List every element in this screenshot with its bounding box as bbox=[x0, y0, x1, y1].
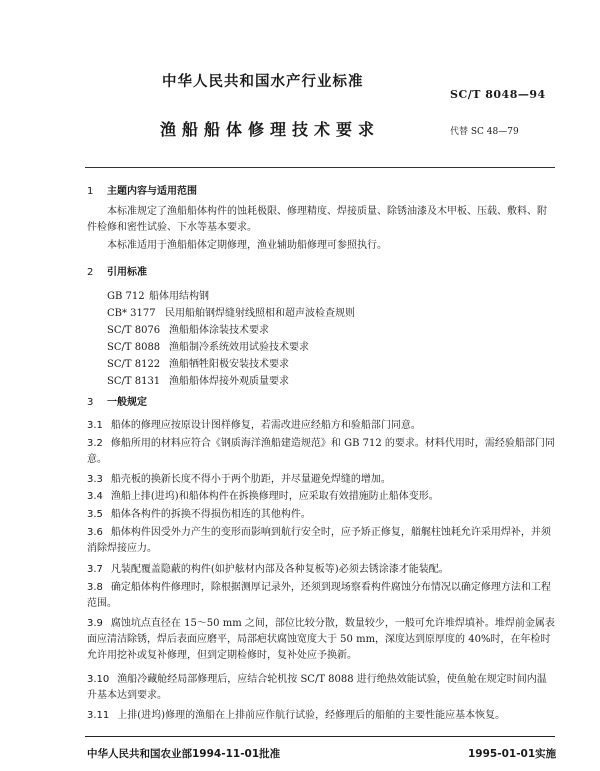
section-number: 2 bbox=[87, 267, 107, 278]
issuing-organization: 中华人民共和国水产行业标准 bbox=[162, 70, 364, 91]
reference-item: SC/T 8076渔船船体涂装技术要求 bbox=[107, 321, 269, 336]
approval-date: 中华人民共和国农业部1994-11-01批准 bbox=[87, 746, 280, 761]
section-1-paragraph-2: 本标准适用于渔船船体定期修理，渔业辅助船修理可参照执行。 bbox=[87, 238, 555, 254]
reference-item: SC/T 8088渔船制冷系统效用试验技术要求 bbox=[107, 338, 309, 353]
clause-3-11: 3.11上排(进坞)修理的渔船在上排前应作航行试验，经修理后的船舶的主要性能应基… bbox=[87, 708, 555, 724]
clause-3-6: 3.6船体构件因受外力产生的变形而影响到航行安全时，应予矫正修复，艏艉柱蚀耗允许… bbox=[87, 525, 555, 557]
section-3-heading: 3一般规定 bbox=[87, 393, 147, 408]
effective-date: 1995-01-01实施 bbox=[468, 746, 556, 761]
clause-3-8: 3.8确定船体构件修理时，除根据测厚记录外，还须到现场察看构件腐蚀分布情况以确定… bbox=[87, 580, 555, 612]
clause-3-3: 3.3船壳板的换新长度不得小于两个肋距，并尽量避免焊缝的增加。 bbox=[87, 472, 555, 488]
section-1-paragraph-1: 本标准规定了渔船船体构件的蚀耗极限、修理精度、焊接质量、除锈油漆及木甲板、压载、… bbox=[87, 204, 555, 236]
reference-item: GB 712船体用结构钢 bbox=[107, 287, 209, 302]
section-number: 1 bbox=[87, 186, 107, 197]
clause-3-7: 3.7凡装配覆盖隐蔽的构件(如护舷材内部及各种复板等)必须去锈涂漆才能装配。 bbox=[87, 562, 555, 578]
document-title: 渔船船体修理技术要求 bbox=[160, 117, 380, 140]
section-2-heading: 2引用标准 bbox=[87, 263, 147, 278]
section-title: 一般规定 bbox=[107, 397, 147, 408]
reference-item: CB* 3177民用船舶钢焊缝射线照相和超声波检查规则 bbox=[107, 304, 355, 319]
header-divider bbox=[85, 167, 555, 168]
clause-3-2: 3.2修船所用的材料应符合《钢质海洋渔船建造规范》和 GB 712 的要求。材料… bbox=[87, 436, 555, 468]
reference-item: SC/T 8131渔船船体焊接外观质量要求 bbox=[107, 372, 289, 387]
clause-3-5: 3.5船体各构件的拆换不得损伤相连的其他构件。 bbox=[87, 507, 555, 523]
section-title: 主题内容与适用范围 bbox=[107, 186, 197, 197]
reference-item: SC/T 8122渔船牺牲阳极安装技术要求 bbox=[107, 355, 289, 370]
section-title: 引用标准 bbox=[107, 267, 147, 278]
clause-3-1: 3.1船体的修理应按原设计图样修复，若需改进应经船方和验船部门同意。 bbox=[87, 418, 555, 434]
clause-3-10: 3.10渔船冷藏舱经局部修理后，应结合轮机按 SC/T 8088 进行绝热效能试… bbox=[87, 672, 555, 704]
footer-divider bbox=[85, 736, 555, 737]
replaces-standard: 代替 SC 48—79 bbox=[450, 124, 519, 137]
section-1-heading: 1主题内容与适用范围 bbox=[87, 182, 197, 197]
section-number: 3 bbox=[87, 397, 107, 408]
standard-code: SC/T 8048—94 bbox=[450, 88, 546, 101]
clause-3-9: 3.9腐蚀坑点直径在 15～50 mm 之间，部位比较分散，数量较少，一般可允许… bbox=[87, 616, 555, 664]
clause-3-4: 3.4渔船上排(进坞)和船体构件在拆换修理时，应采取有效措施防止船体变形。 bbox=[87, 489, 555, 505]
